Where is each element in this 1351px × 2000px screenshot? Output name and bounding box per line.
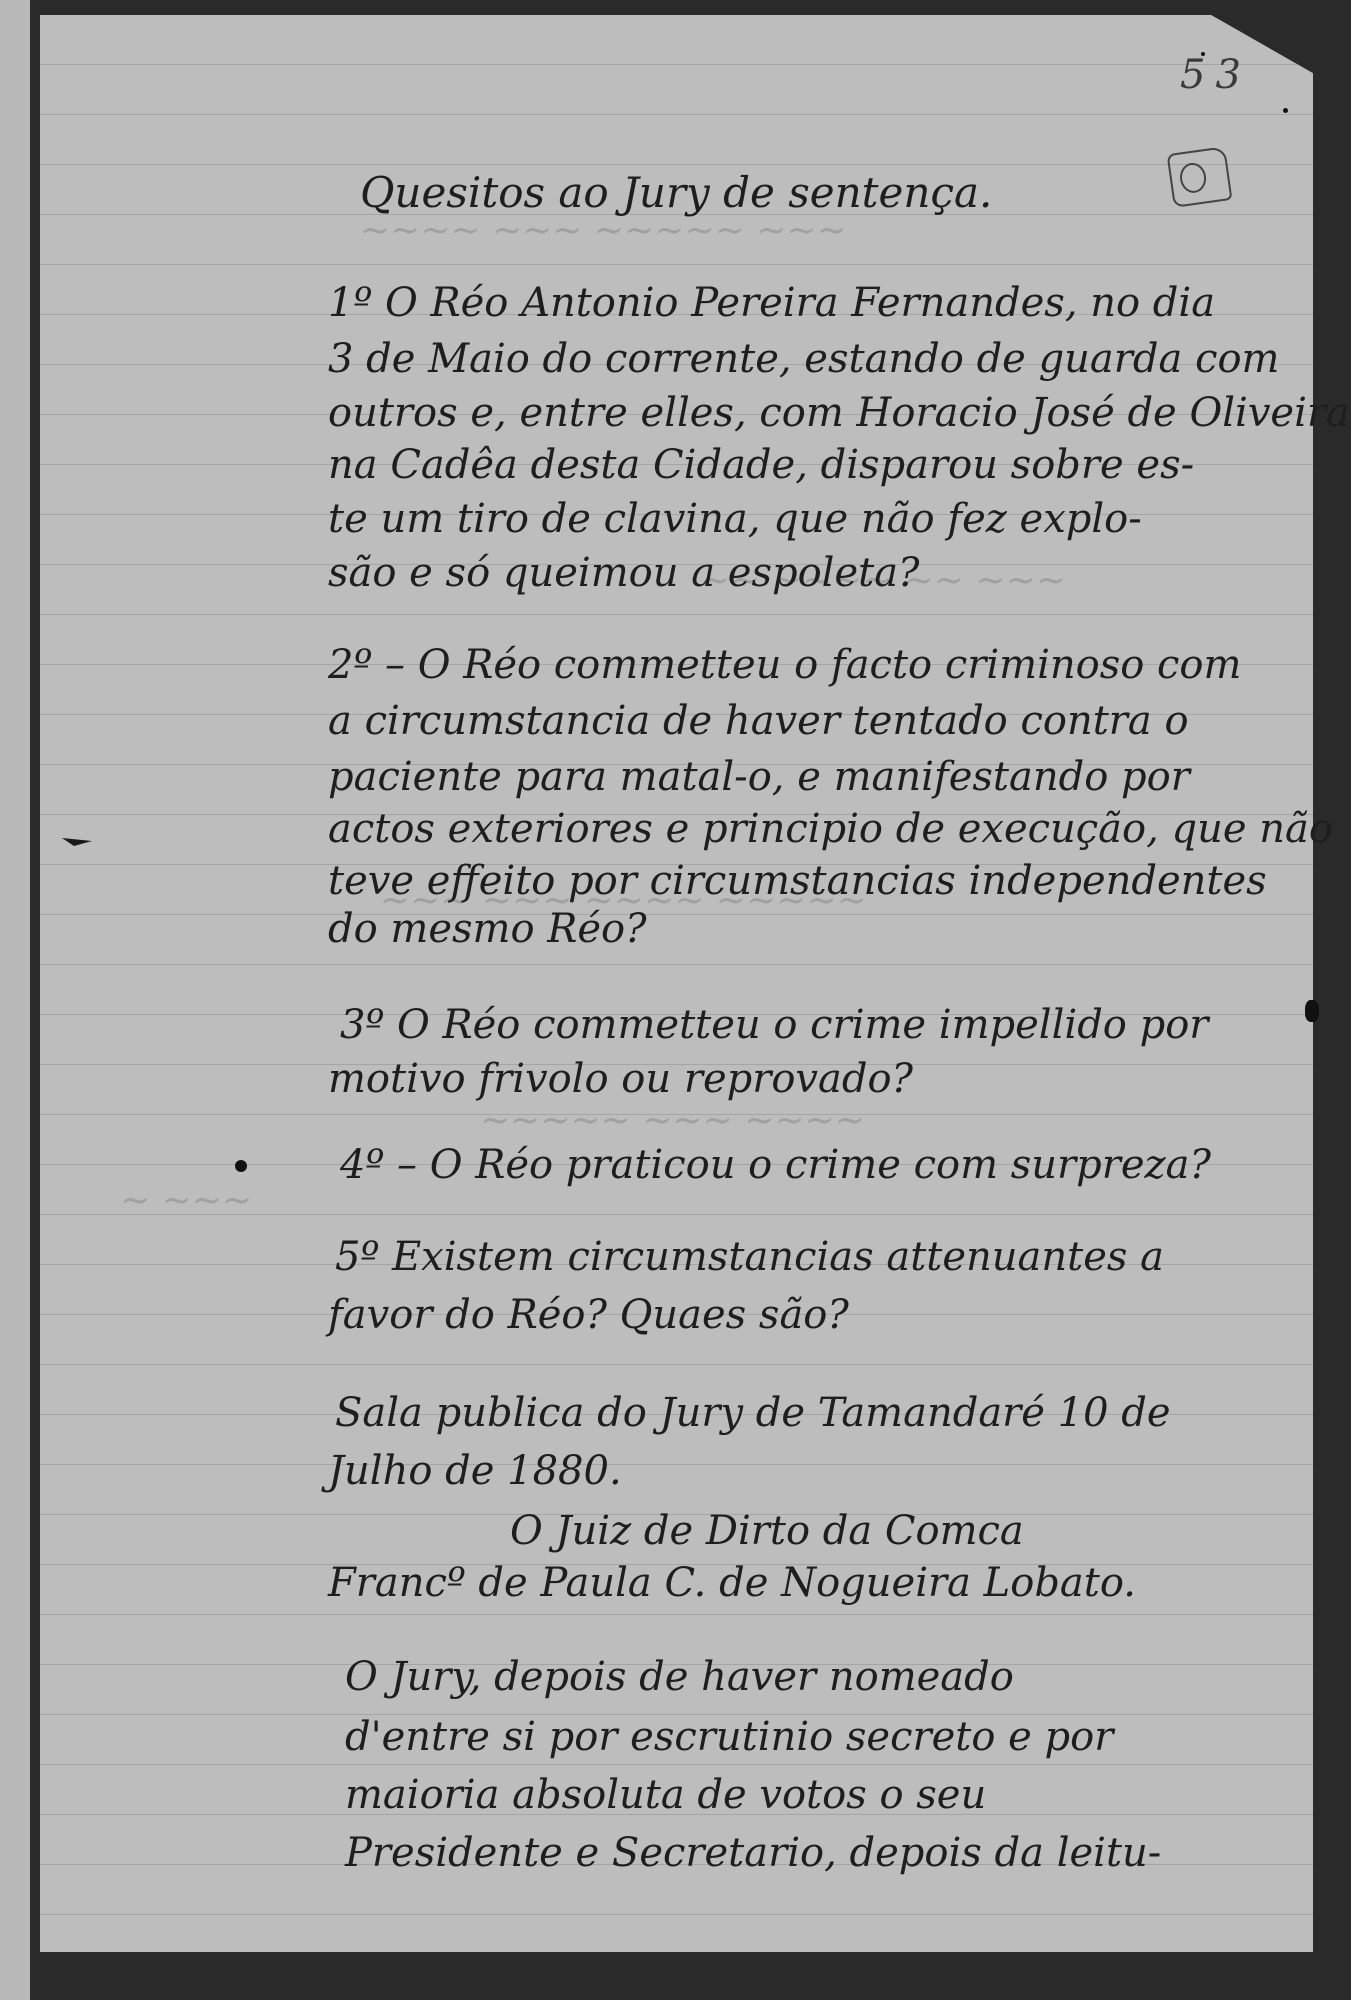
bleed-through: ~ ~~~ <box>120 1180 252 1221</box>
text-line: na Cadêa desta Cidade, disparou sobre es… <box>328 440 1194 490</box>
text-line: d'entre si por escrutinio secreto e por <box>345 1712 1113 1762</box>
page-number: 53 <box>1180 52 1251 98</box>
text-line: actos exteriores e principio de execução… <box>328 804 1333 854</box>
text-line: 4º – O Réo praticou o crime com surpreza… <box>340 1140 1211 1190</box>
document-title: Quesitos ao Jury de sentença. <box>360 168 992 218</box>
text-line: teve effeito por circumstancias independ… <box>328 856 1267 906</box>
signature-name: Francº de Paula C. de Nogueira Lobato. <box>328 1558 1136 1608</box>
signature-title: O Juiz de Dirto da Comca <box>510 1506 1024 1556</box>
text-line: 2º – O Réo commetteu o facto criminoso c… <box>328 640 1241 690</box>
text-line: O Jury, depois de haver nomeado <box>345 1652 1014 1702</box>
edge-tear-icon <box>1305 1000 1319 1022</box>
text-line: do mesmo Réo? <box>328 904 647 954</box>
text-line: 5º Existem circumstancias attenuantes a <box>335 1232 1164 1282</box>
text-line: Presidente e Secretario, depois da leitu… <box>345 1828 1161 1878</box>
adjacent-page-edge <box>0 0 30 2000</box>
text-line: te um tiro de clavina, que não fez explo… <box>328 494 1142 544</box>
text-line: a circumstancia de haver tentado contra … <box>328 696 1189 746</box>
text-line: Julho de 1880. <box>328 1446 622 1496</box>
text-line: paciente para matal-o, e manifestando po… <box>328 752 1190 802</box>
text-line: maioria absoluta de votos o seu <box>345 1770 986 1820</box>
text-line: 3º O Réo commetteu o crime impellido por <box>340 1000 1208 1050</box>
text-line: Sala publica do Jury de Tamandaré 10 de <box>335 1388 1171 1438</box>
text-line: favor do Réo? Quaes são? <box>328 1290 849 1340</box>
bleed-through: ~~~~~ ~~~ ~~~~ <box>480 1100 865 1141</box>
text-line: 1º O Réo Antonio Pereira Fernandes, no d… <box>328 278 1215 328</box>
text-line: são e só queimou a espoleta? <box>328 548 919 598</box>
ink-dot-icon <box>1283 108 1288 113</box>
ink-dot-icon <box>235 1160 247 1172</box>
binding-gutter <box>30 0 40 2000</box>
ink-dot-icon <box>1201 52 1205 56</box>
stamp-seal-icon <box>1167 146 1233 208</box>
text-line: motivo frivolo ou reprovado? <box>328 1054 913 1104</box>
text-line: 3 de Maio do corrente, estando de guarda… <box>328 334 1279 384</box>
text-line: outros e, entre elles, com Horacio José … <box>328 388 1351 438</box>
